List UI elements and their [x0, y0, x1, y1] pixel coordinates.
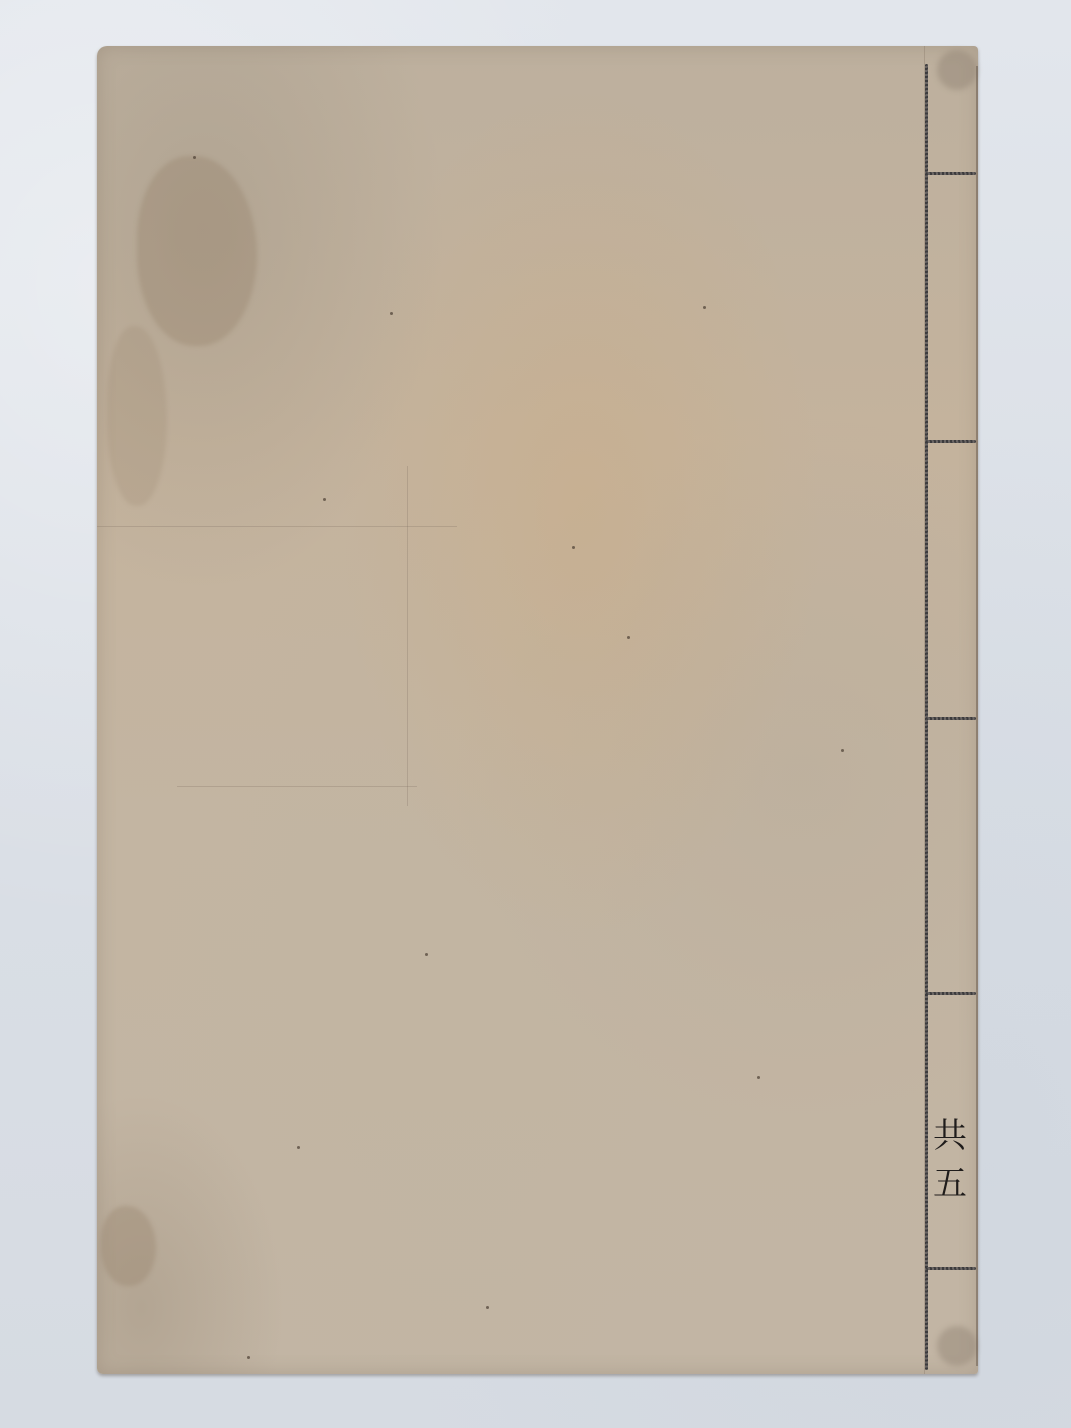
book-cover: 共 五: [97, 46, 978, 1374]
spine-label-char-2: 五: [933, 1164, 967, 1204]
spine-edge: [976, 66, 978, 1366]
paper-speckle: [323, 498, 326, 501]
paper-speckle: [703, 306, 706, 309]
paper-speckle: [390, 312, 393, 315]
water-stain-bottom-left: [101, 1206, 156, 1286]
crease-line: [407, 466, 408, 806]
paper-speckle: [297, 1146, 300, 1149]
paper-speckle: [193, 156, 196, 159]
binding-stitch-1: [926, 172, 976, 175]
binding-stitch-5: [926, 1267, 976, 1270]
paper-speckle: [486, 1306, 489, 1309]
spine-label-char-1: 共: [933, 1116, 967, 1156]
paper-speckle: [757, 1076, 760, 1079]
water-stain-left: [107, 326, 167, 506]
paper-speckle: [425, 953, 428, 956]
crease-line: [177, 786, 417, 787]
binding-stitch-4: [926, 992, 976, 995]
water-stain-top-left: [137, 156, 257, 346]
binding-stitch-2: [926, 440, 976, 443]
paper-speckle: [247, 1356, 250, 1359]
crease-line: [97, 526, 457, 527]
paper-speckle: [572, 546, 575, 549]
spine-label: 共 五: [930, 1116, 970, 1204]
paper-speckle: [627, 636, 630, 639]
paper-speckle: [841, 749, 844, 752]
binding-stitch-3: [926, 717, 976, 720]
